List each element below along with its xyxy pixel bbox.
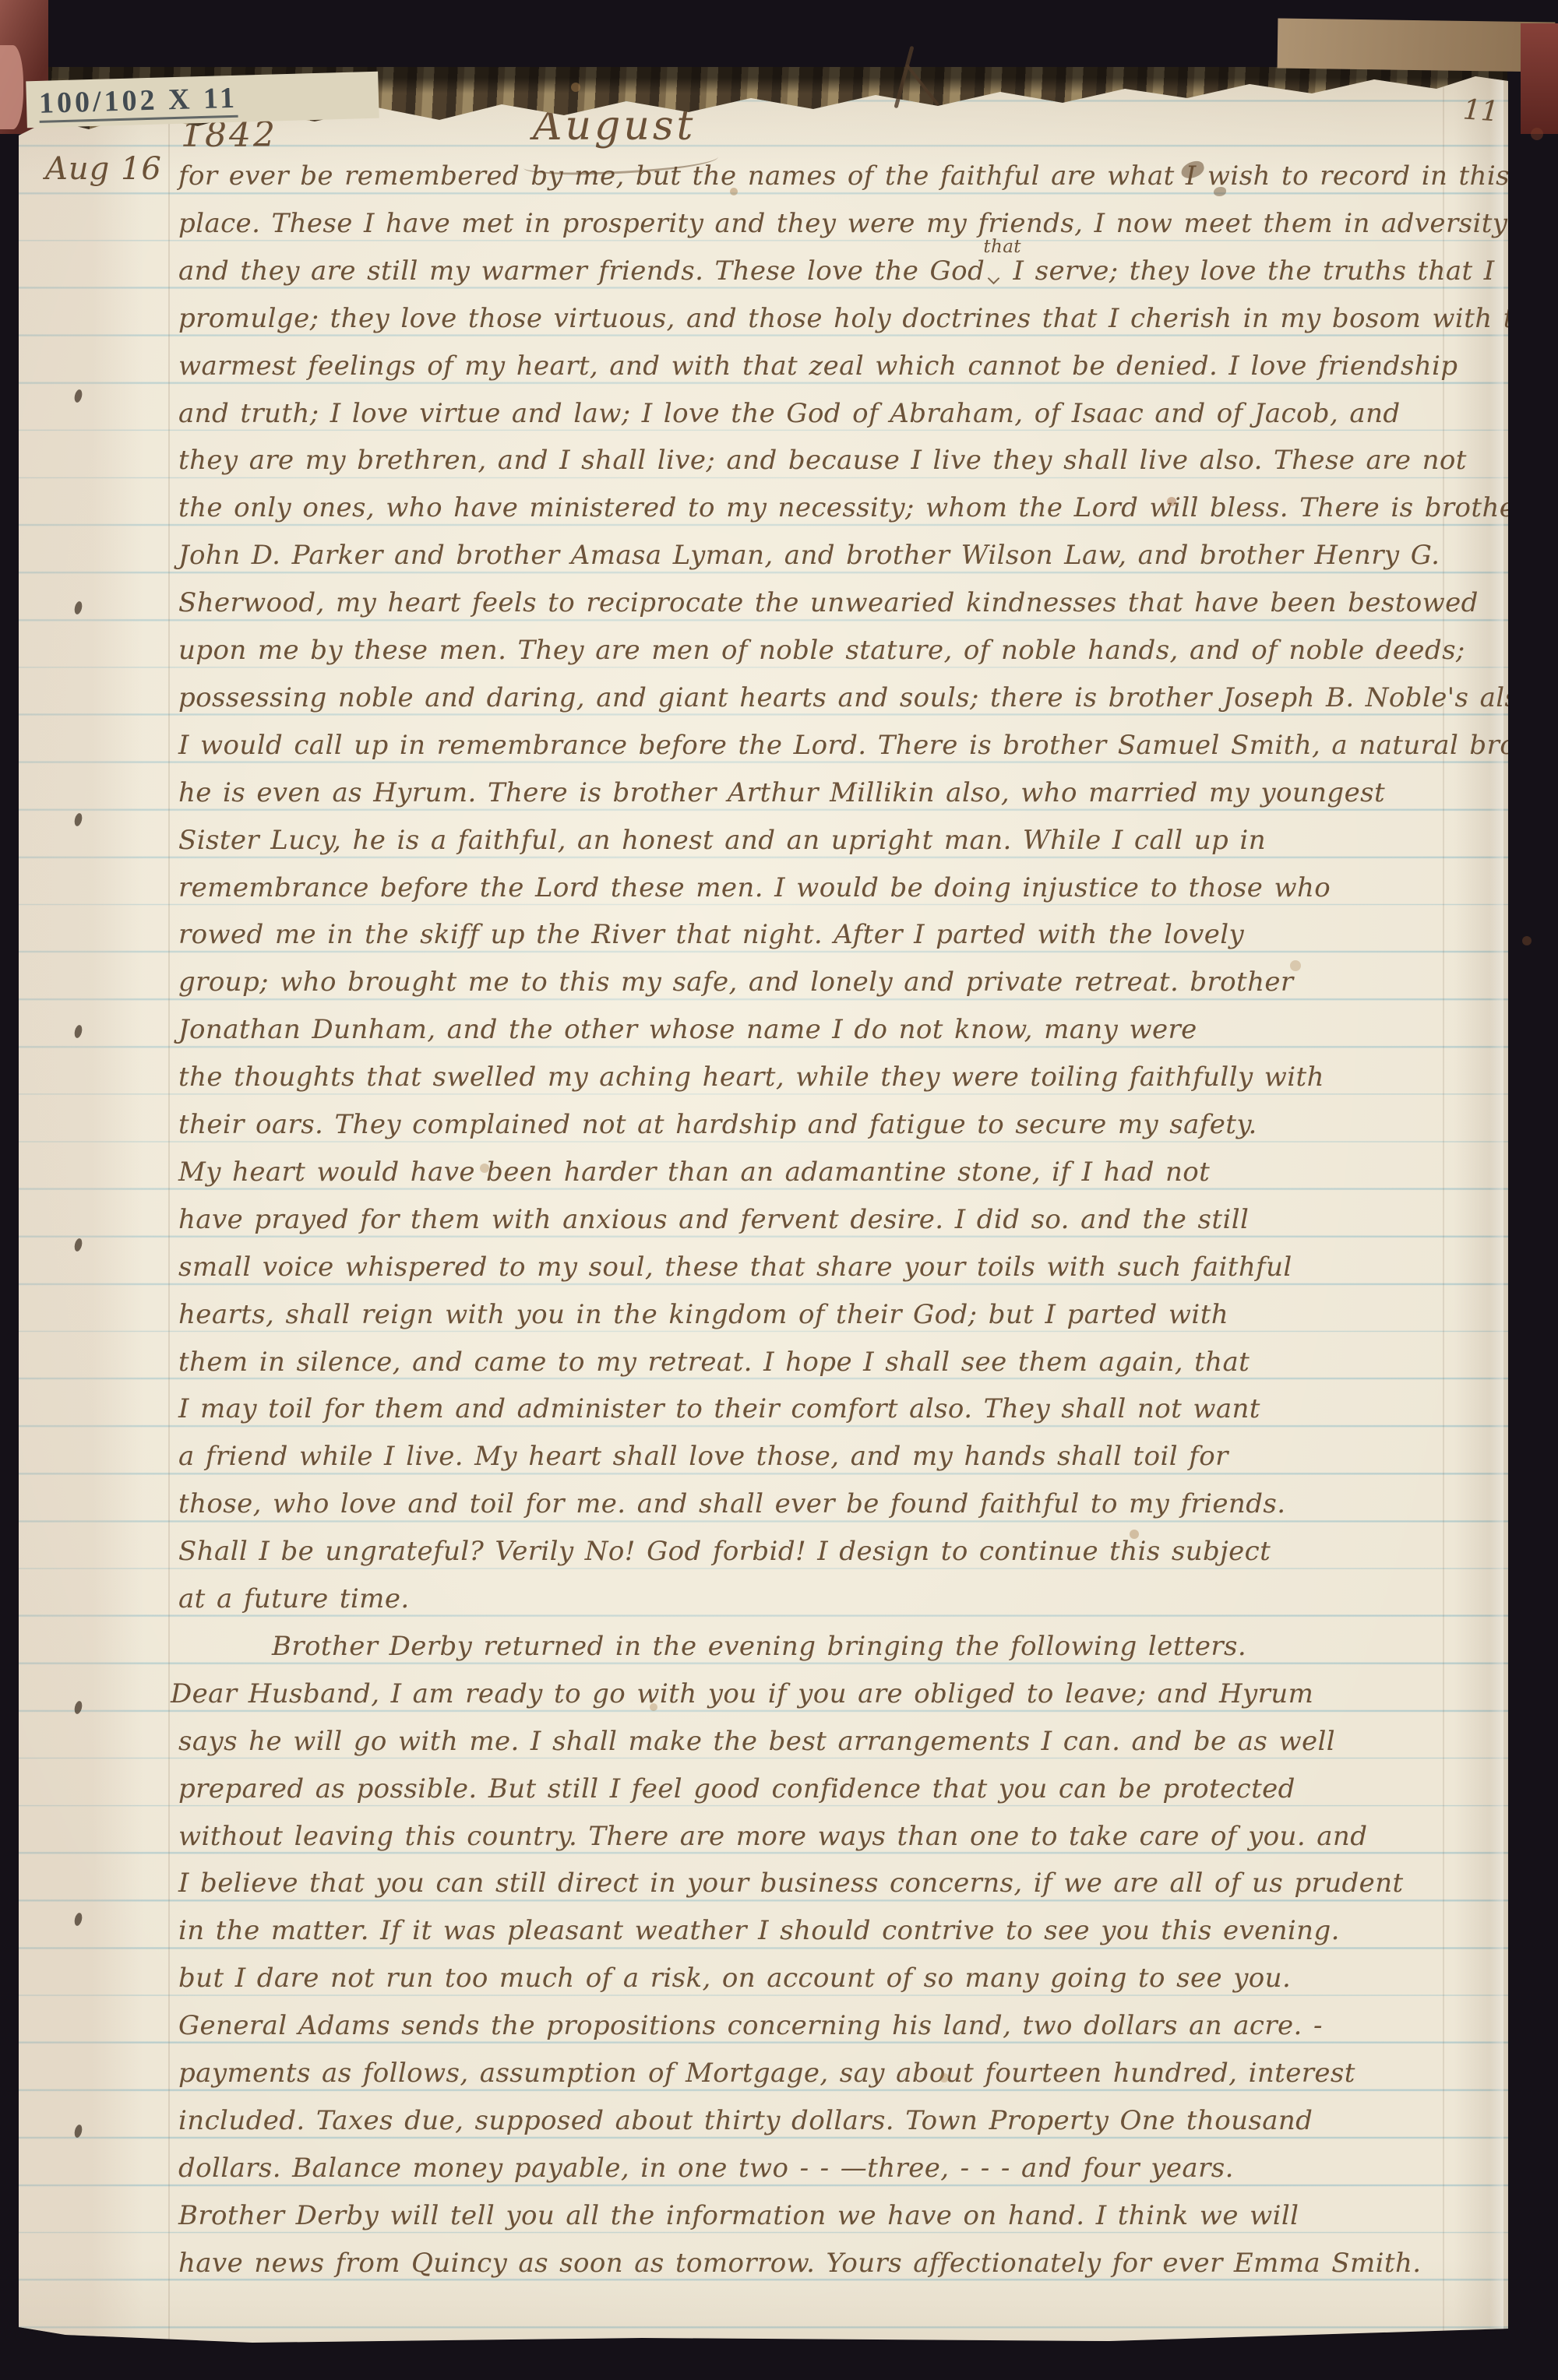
journal-line: Shall I be ungrateful? Verily No! God fo… <box>178 1528 1271 1576</box>
journal-line: John D. Parker and brother Amasa Lyman, … <box>178 532 1440 579</box>
binding-edge-fragment <box>1278 19 1556 72</box>
journal-line: Sherwood, my heart feels to reciprocate … <box>178 579 1479 627</box>
journal-line: the only ones, who have ministered to my… <box>178 484 1528 532</box>
journal-line: My heart would have been harder than an … <box>178 1149 1210 1196</box>
journal-lines: for ever be remembered by me, but the na… <box>19 70 1508 2344</box>
interlinear-insertion: that <box>983 238 1021 256</box>
journal-line: for ever be remembered by me, but the na… <box>178 153 1510 200</box>
journal-line: in the matter. If it was pleasant weathe… <box>178 1907 1340 1955</box>
journal-page: 1842 August 11 Aug 16 for ever be rememb… <box>19 70 1508 2344</box>
journal-line: their oars. They complained not at hards… <box>178 1101 1257 1149</box>
insertion-caret: that <box>996 272 1002 280</box>
red-cover-corner <box>1521 23 1558 134</box>
journal-line: Brother Derby will tell you all the info… <box>178 2192 1299 2240</box>
foxing-spots <box>0 0 6 6</box>
archive-label: 100/102 X 11 <box>26 72 379 129</box>
journal-line: Jonathan Dunham, and the other whose nam… <box>178 1006 1197 1054</box>
journal-line: says he will go with me. I shall make th… <box>178 1718 1335 1766</box>
journal-line: place. These I have met in prosperity an… <box>178 200 1507 248</box>
journal-line: General Adams sends the propositions con… <box>178 2002 1323 2050</box>
journal-line: have prayed for them with anxious and fe… <box>178 1196 1249 1244</box>
journal-line: group; who brought me to this my safe, a… <box>178 959 1294 1006</box>
journal-line: he is even as Hyrum. There is brother Ar… <box>178 769 1385 817</box>
journal-line: without leaving this country. There are … <box>178 1813 1367 1861</box>
journal-line: hearts, shall reign with you in the king… <box>178 1291 1228 1339</box>
journal-line: those, who love and toil for me. and sha… <box>178 1480 1285 1528</box>
journal-line: a friend while I live. My heart shall lo… <box>178 1433 1228 1480</box>
journal-line: I would call up in remembrance before th… <box>178 722 1558 769</box>
journal-line: Sister Lucy, he is a faithful, an honest… <box>178 817 1266 864</box>
journal-line: at a future time. <box>178 1576 410 1623</box>
journal-line: included. Taxes due, supposed about thir… <box>178 2097 1313 2145</box>
journal-line: and truth; I love virtue and law; I love… <box>178 390 1401 438</box>
torn-cover-fragment <box>0 45 23 129</box>
journal-line: rowed me in the skiff up the River that … <box>178 911 1244 959</box>
journal-line: remembrance before the Lord these men. I… <box>178 864 1331 912</box>
journal-line: possessing noble and daring, and giant h… <box>178 674 1535 722</box>
journal-line: but I dare not run too much of a risk, o… <box>178 1955 1291 2002</box>
journal-line: I may toil for them and administer to th… <box>178 1385 1260 1433</box>
journal-line: small voice whispered to my soul, these … <box>178 1244 1292 1291</box>
journal-line: I believe that you can still direct in y… <box>178 1860 1404 1907</box>
journal-line: payments as follows, assumption of Mortg… <box>178 2050 1355 2097</box>
journal-line: they are my brethren, and I shall live; … <box>178 437 1467 484</box>
journal-scan: 100/102 X 11 1842 August 11 Aug 16 for e… <box>0 0 1558 2380</box>
journal-line: them in silence, and came to my retreat.… <box>178 1339 1250 1386</box>
journal-line: upon me by these men. They are men of no… <box>178 627 1465 674</box>
journal-line: warmest feelings of my heart, and with t… <box>178 343 1458 390</box>
archive-label-text: 100/102 X 11 <box>38 82 238 123</box>
journal-line: have news from Quincy as soon as tomorro… <box>178 2240 1421 2287</box>
journal-line: dollars. Balance money payable, in one t… <box>178 2145 1234 2192</box>
journal-line: the thoughts that swelled my aching hear… <box>178 1054 1324 1101</box>
journal-line: and they are still my warmer friends. Th… <box>178 248 1495 295</box>
journal-line: Brother Derby returned in the evening br… <box>272 1623 1246 1671</box>
journal-line: prepared as possible. But still I feel g… <box>178 1766 1295 1813</box>
journal-line: promulge; they love those virtuous, and … <box>178 295 1548 343</box>
journal-line: Dear Husband, I am ready to go with you … <box>171 1671 1313 1718</box>
